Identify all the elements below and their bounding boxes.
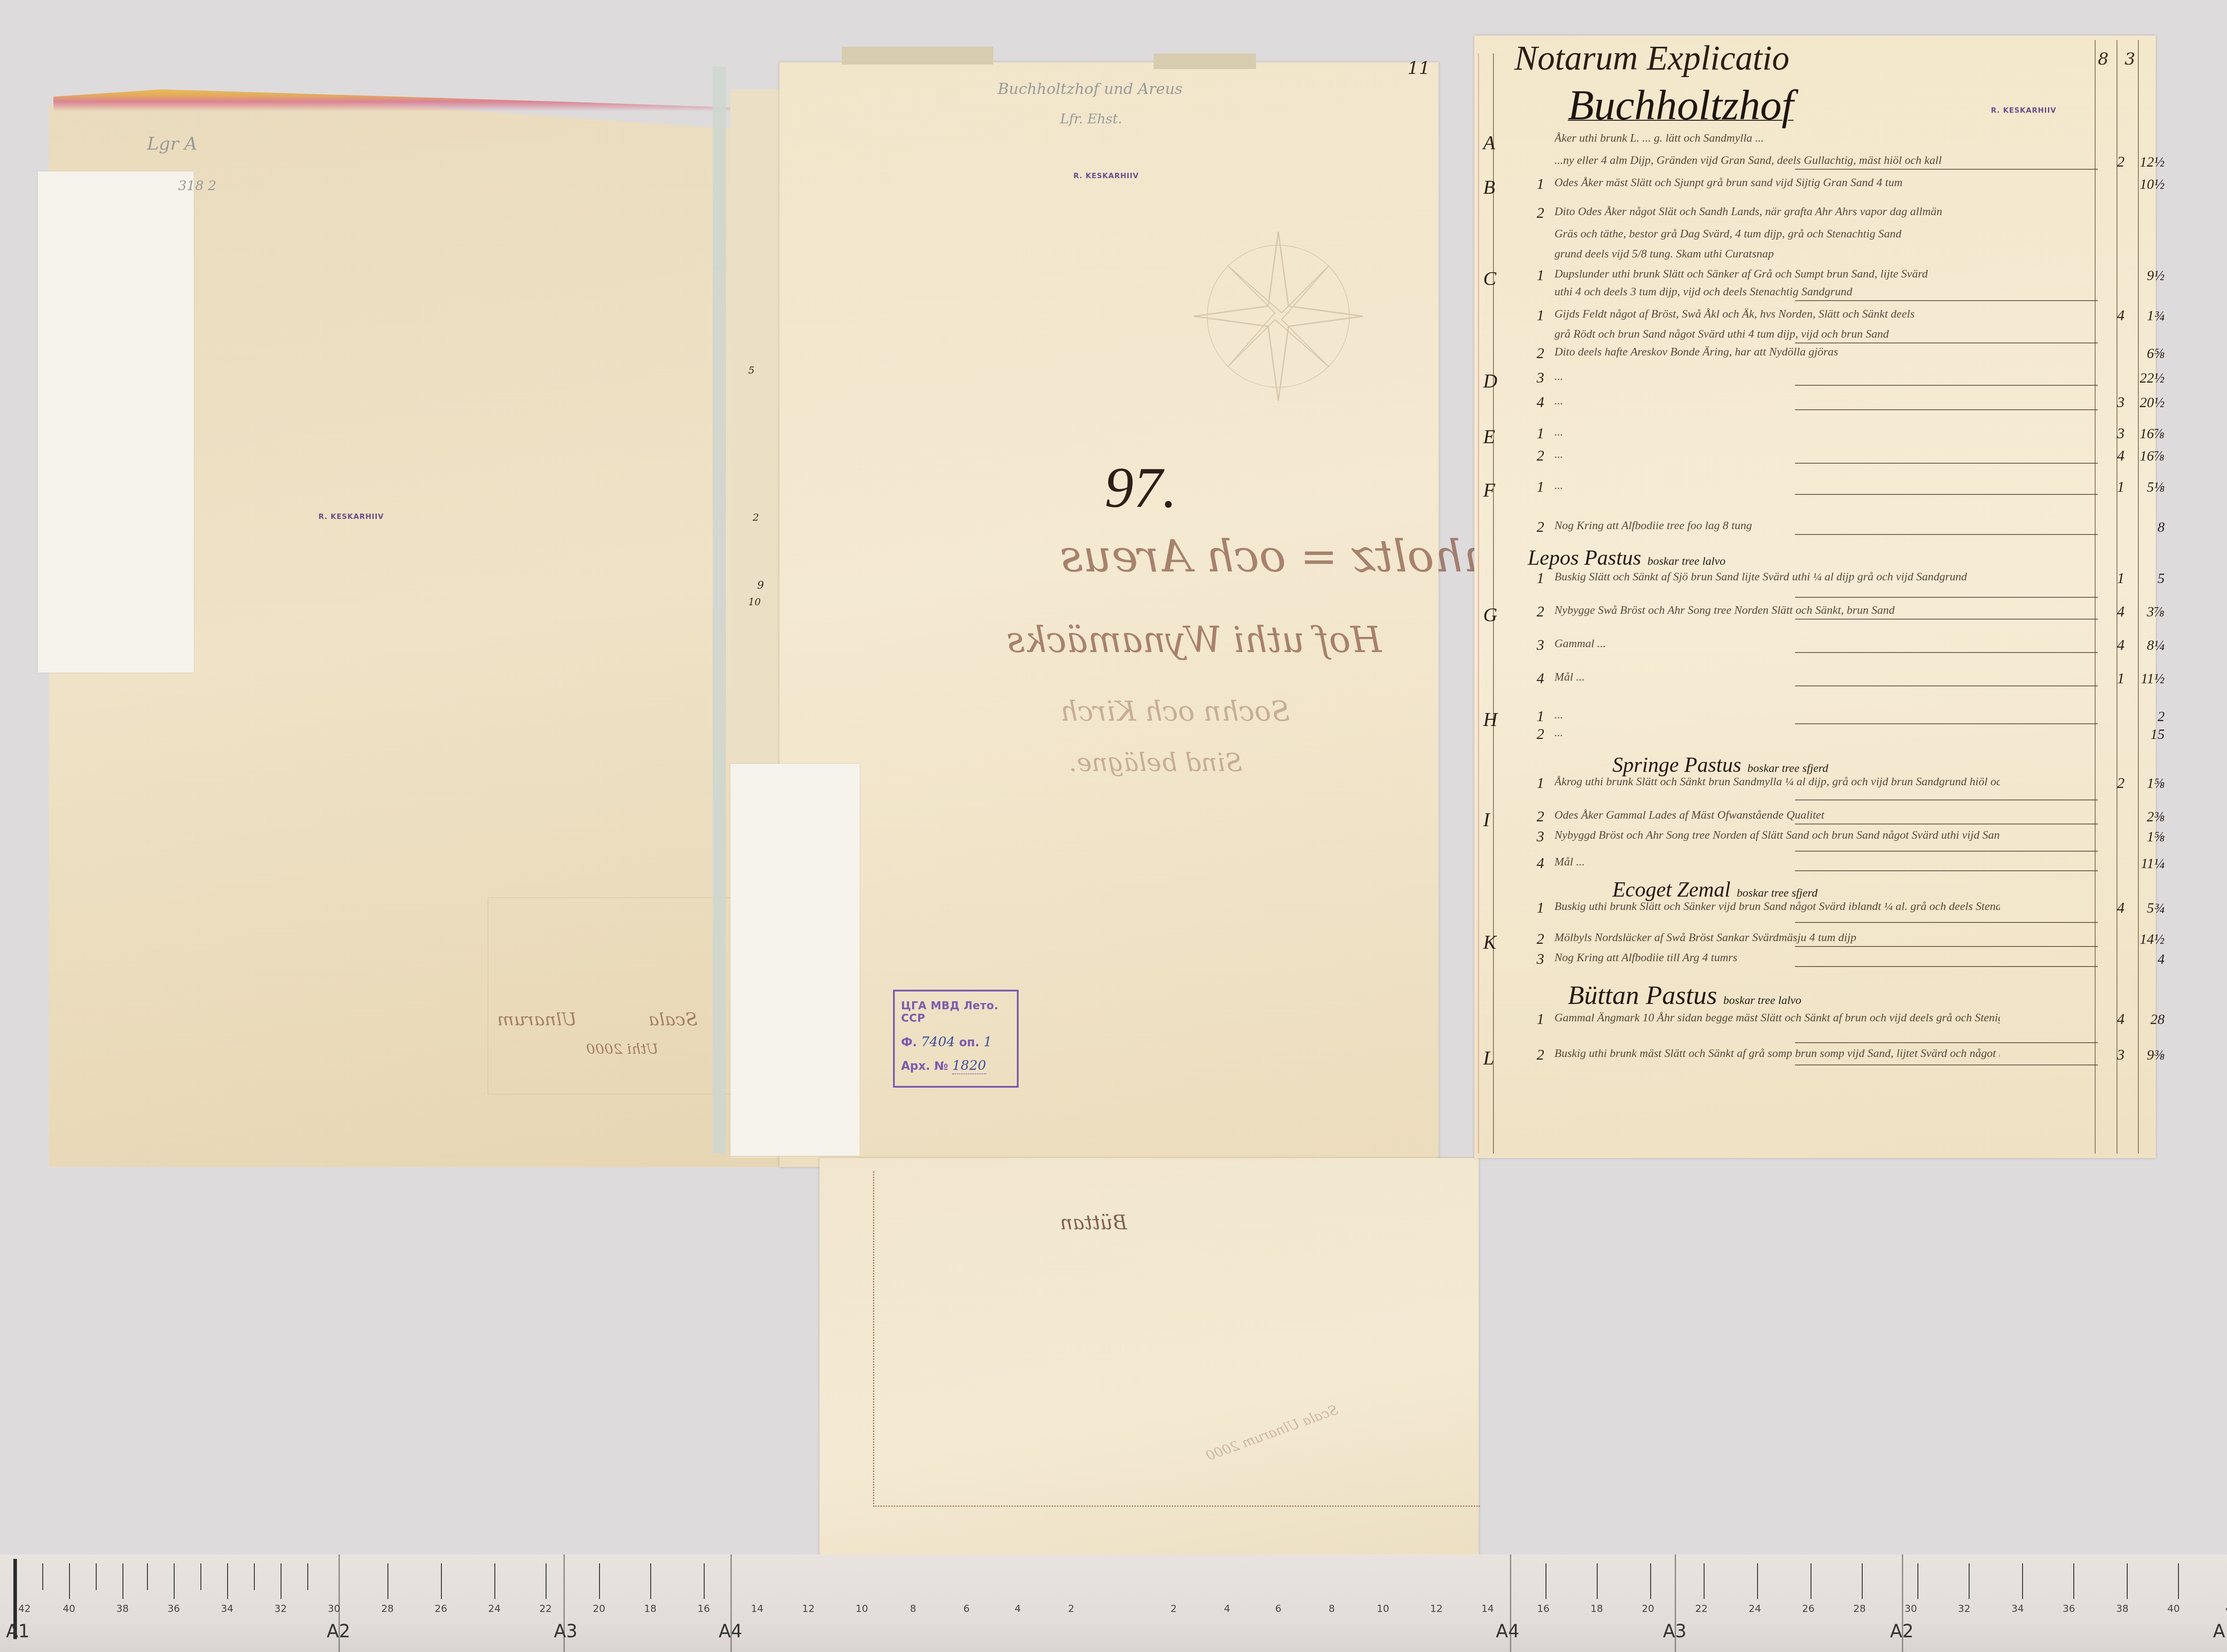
ruler-tick-label: 4 (1224, 1603, 1230, 1615)
ledger-row: grå Rödt och brun Sand något Svärd uthi … (1483, 327, 2098, 345)
ledger-row: Gräs och täthe, bestor grå Dag Svärd, 4 … (1483, 227, 2098, 245)
ledger-row: 2Dito Odes Åker något Slät och Sandh Lan… (1483, 205, 2098, 223)
ledger-row: D3...22½ (1483, 370, 2098, 388)
margin-note: 5 (748, 365, 755, 376)
scale-box-ghost: Ulnarum Scala Uthi 2000 (488, 897, 738, 1094)
ruler-tick-label: 2 (1068, 1603, 1074, 1615)
archive-stamp-small: R. KESKARHIIV (318, 512, 384, 521)
ledger-row: 1Gijds Feldt något af Bröst, Swå Åkl och… (1483, 307, 2098, 325)
ledger-row: C1Dupslunder uthi brunk Slätt och Sänker… (1483, 267, 2098, 285)
ledger-row: 2...416⅞ (1483, 448, 2098, 465)
arch-label: Арх. № (901, 1060, 948, 1073)
section-heading: Ecoget Zemalboskar tree sfjerd (1612, 877, 1818, 902)
torn-tab (1154, 53, 1256, 69)
ledger-row: 4...320½ (1483, 394, 2098, 412)
margin-rule-red (1478, 53, 1479, 1154)
ruler-tick-label: 34 (2011, 1603, 2024, 1615)
ruler-tick-label: 36 (167, 1603, 180, 1615)
ruler-tick-label: 20 (1642, 1603, 1654, 1615)
ruler-tick-label: 30 (328, 1603, 340, 1615)
ruler-tick-label: 38 (116, 1603, 129, 1615)
ruler-tick-label: 26 (1802, 1603, 1815, 1615)
ledger-row: 2...15 (1483, 726, 2098, 744)
column-rule (2138, 40, 2139, 1154)
section-heading: Büttan Pastusboskar tree lalvo (1568, 980, 1801, 1011)
paper-size-label: A4 (1496, 1621, 1520, 1642)
opis-value: 1 (983, 1034, 992, 1050)
ledger-row: 1Åkrog uthi brunk Slätt och Sänkt brun S… (1483, 775, 2098, 793)
ruler-tick-label: 36 (2063, 1603, 2075, 1615)
paper-size-label: A2 (327, 1621, 351, 1642)
mirrored-place-label: Büttan (1060, 1211, 1127, 1234)
margin-note: 10 (748, 597, 761, 608)
paper-size-label: A4 (719, 1621, 742, 1642)
middle-sheet (779, 62, 1439, 1167)
ruler-tick-label: 8 (1329, 1603, 1335, 1615)
ruler-tick-label: 10 (856, 1603, 868, 1615)
ledger-row: K2Mölbyls Nordsläcker af Swå Bröst Sanka… (1483, 931, 2098, 949)
ruler-tick-label: 16 (1537, 1603, 1550, 1615)
ledger-row: 3Nybyggd Bröst och Ahr Song tree Norden … (1483, 828, 2098, 846)
ruler-tick-label: 2 (1171, 1603, 1177, 1615)
corner-mark: 8 (2098, 49, 2109, 69)
ledger-row: 2Dito deels hafte Areskov Bonde Äring, h… (1483, 345, 2098, 363)
tape-strip (713, 67, 726, 1154)
ledger-row: 1Gammal Ängmark 10 Åhr sidan begge mäst … (1483, 1011, 2098, 1029)
ghost-scale-label: Ulnarum (497, 1009, 577, 1030)
ledger-row: AÅker uthi brunk L. ... g. lätt och Sand… (1483, 131, 2098, 149)
paper-size-label: A3 (554, 1621, 578, 1642)
ruler-tick-label: 38 (2116, 1603, 2129, 1615)
archive-stamp-institution: ЦГА МВД Лето. ССР (901, 999, 1012, 1024)
paper-size-label: A2 (1890, 1621, 1914, 1642)
margin-note: 2 (753, 512, 759, 523)
ruler-tick-label: 14 (1481, 1603, 1494, 1615)
ledger-row: 1Buskig Slätt och Sänkt af Sjö brun Sand… (1483, 570, 2098, 588)
fond-label: Ф. (901, 1036, 917, 1049)
ledger-row: B1Odes Åker mäst Slätt och Sjunpt grå br… (1483, 176, 2098, 194)
ledger-row: 3Nog Kring att Alfbodiie till Arg 4 tumr… (1483, 951, 2098, 969)
ledger-row: L2Buskig uthi brunk mäst Slätt och Sänkt… (1483, 1047, 2098, 1065)
ruler-tick-label: 28 (1853, 1603, 1866, 1615)
torn-tab (842, 47, 993, 65)
paper-size-label: A3 (1663, 1621, 1687, 1642)
ruler-tick-label: 18 (1591, 1603, 1603, 1615)
archive-stamp-fond: Ф. 7404 оп. 1 (901, 1034, 1012, 1050)
corner-mark: 11 (1407, 58, 1430, 78)
archive-stamp: ЦГА МВД Лето. ССР Ф. 7404 оп. 1 Арх. № 1… (893, 990, 1019, 1088)
ledger-row: grund deels vijd 5/8 tung. Skam uthi Cur… (1483, 247, 2098, 265)
ruler-tick-label: 32 (1958, 1603, 1970, 1615)
mirrored-title-line: Sochn och Kirch (1060, 695, 1290, 727)
ledger-row: H1...2 (1483, 708, 2098, 726)
white-paper-slip-middle (730, 764, 860, 1156)
fond-value: 7404 (921, 1034, 955, 1050)
ruler-tick-label: 10 (1377, 1603, 1389, 1615)
column-rule (2117, 40, 2117, 1154)
ledger-row: I2Odes Åker Gammal Lades af Mäst Ofwanst… (1483, 808, 2098, 826)
ruler-tick-label: 34 (221, 1603, 233, 1615)
ruler-tick-label: 24 (488, 1603, 501, 1615)
ledger-row: 3Gammal ...48¼ (1483, 637, 2098, 655)
margin-note: 9 (757, 579, 764, 591)
ruler-tick-label: 22 (1695, 1603, 1708, 1615)
paper-size-label: A1 (6, 1621, 30, 1642)
archive-stamp-small: R. KESKARHIIV (1073, 171, 1139, 180)
ruler-tick-label: 6 (1275, 1603, 1281, 1615)
colored-edge-strip (53, 87, 775, 111)
ledger-title: Notarum Explicatio (1514, 38, 1789, 78)
ruler-tick-label: 42 (2225, 1603, 2227, 1615)
ledger-row: 4Mål ...11¼ (1483, 855, 2098, 873)
ruler-tick-label: 16 (697, 1603, 710, 1615)
pencil-note: 318 2 (178, 178, 216, 194)
ruler-tick-label: 42 (18, 1603, 31, 1615)
ruler-tick-label: 6 (963, 1603, 970, 1615)
map-frame (873, 1171, 1480, 1507)
compass-rose-icon (1194, 232, 1363, 401)
measurement-ruler: 42 40 38 36 34 32 30 28 26 24 22 20 18 1… (0, 1554, 2227, 1652)
ledger-row: ...ny eller 4 alm Dijp, Gränden vijd Gra… (1483, 154, 2098, 171)
folio-number: 97. (1105, 454, 1177, 521)
opis-label: оп. (959, 1036, 979, 1049)
ruler-tick-label: 28 (381, 1603, 394, 1615)
ruler-tick-label: 18 (644, 1603, 657, 1615)
ledger-row: F1...15⅛ (1483, 479, 2098, 497)
ruler-tick-label: 40 (63, 1603, 75, 1615)
ruler-tick-label: 20 (593, 1603, 605, 1615)
white-paper-slip-left (38, 171, 194, 673)
pencil-subheader: Lfr. Ehst. (1060, 111, 1122, 127)
archive-stamp-small: R. KESKARHIIV (1991, 106, 2056, 114)
ledger-subtitle: Buchholtzhof (1568, 80, 1794, 130)
arch-value: 1820 (952, 1058, 986, 1074)
ledger-row: 2Nog Kring att Alfbodiie tree foo lag 8 … (1483, 519, 2098, 537)
ruler-tick-label: 22 (539, 1603, 552, 1615)
ruler-tick-label: 14 (751, 1603, 763, 1615)
section-heading: Springe Pastusboskar tree sfjerd (1612, 753, 1828, 777)
section-heading: Lepos Pastusboskar tree lalvo (1528, 546, 1725, 570)
ruler-tick-label: 26 (435, 1603, 447, 1615)
ruler-tick-label: 4 (1015, 1603, 1021, 1615)
archive-stamp-number: Арх. № 1820 (901, 1058, 1012, 1073)
ghost-scale-label: Uthi 2000 (586, 1040, 658, 1057)
ruler-tick-label: 12 (1430, 1603, 1443, 1615)
ledger-row: 4Mål ...111½ (1483, 670, 2098, 688)
mirrored-title-line: Sind belägne. (1069, 748, 1242, 777)
ruler-tick-label: 32 (274, 1603, 287, 1615)
ledger-row: E1...316⅞ (1483, 425, 2098, 443)
ledger-row: G2Nybygge Swå Bröst och Ahr Song tree No… (1483, 604, 2098, 621)
ruler-tick-label: 40 (2167, 1603, 2180, 1615)
ledger-row: 1Buskig uthi brunk Slätt och Sänker vijd… (1483, 900, 2098, 918)
ruler-tick-label: 8 (910, 1603, 916, 1615)
ruler-tick-label: 12 (802, 1603, 815, 1615)
pencil-header: Buchholtzhof und Areus (998, 80, 1183, 98)
pencil-note: Lgr A (147, 134, 197, 154)
ruler-tick-label: 30 (1905, 1603, 1917, 1615)
ledger-row: uthi 4 och deels 3 tum dijp, vijd och de… (1483, 285, 2098, 303)
corner-mark: 3 (2125, 49, 2135, 69)
mirrored-title-line: Hof uthi Wynamäcks (1007, 619, 1382, 661)
ruler-tick-label: 24 (1749, 1603, 1761, 1615)
paper-size-label: A1 (2213, 1621, 2227, 1642)
ghost-scale-label: Scala (649, 1009, 697, 1030)
